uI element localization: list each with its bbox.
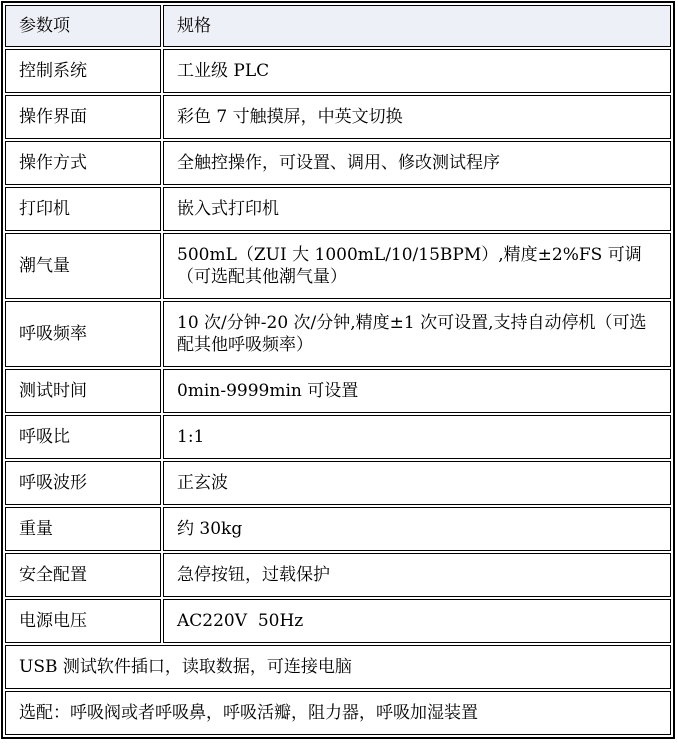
full-width-cell: 选配：呼吸阀或者呼吸鼻，呼吸活瓣，阻力器，呼吸加湿装置 — [5, 691, 671, 735]
param-cell: 潮气量 — [5, 233, 161, 299]
param-cell: 测试时间 — [5, 369, 161, 413]
full-width-cell: USB 测试软件插口，读取数据，可连接电脑 — [5, 645, 671, 689]
param-cell: 呼吸频率 — [5, 301, 161, 367]
full-width-row: USB 测试软件插口，读取数据，可连接电脑 — [5, 645, 671, 689]
spec-cell: 0min-9999min 可设置 — [163, 369, 671, 413]
spec-row: 控制系统工业级 PLC — [5, 49, 671, 93]
param-cell: 操作界面 — [5, 95, 161, 139]
spec-row: 呼吸比1:1 — [5, 415, 671, 459]
spec-cell: 急停按钮，过载保护 — [163, 553, 671, 597]
spec-row: 电源电压AC220V 50Hz — [5, 599, 671, 643]
param-cell: 电源电压 — [5, 599, 161, 643]
spec-row: 操作方式全触控操作，可设置、调用、修改测试程序 — [5, 141, 671, 185]
param-cell: 控制系统 — [5, 49, 161, 93]
spec-cell: 彩色 7 寸触摸屏，中英文切换 — [163, 95, 671, 139]
param-cell: 呼吸波形 — [5, 461, 161, 505]
header-row: 参数项 规格 — [5, 5, 671, 47]
spec-row: 操作界面彩色 7 寸触摸屏，中英文切换 — [5, 95, 671, 139]
spec-row: 安全配置急停按钮，过载保护 — [5, 553, 671, 597]
spec-cell: 约 30kg — [163, 507, 671, 551]
spec-cell: 10 次/分钟-20 次/分钟,精度±1 次可设置,支持自动停机（可选配其他呼吸… — [163, 301, 671, 367]
spec-cell: 正玄波 — [163, 461, 671, 505]
spec-cell: 全触控操作，可设置、调用、修改测试程序 — [163, 141, 671, 185]
param-cell: 安全配置 — [5, 553, 161, 597]
spec-row: 重量约 30kg — [5, 507, 671, 551]
spec-row: 呼吸频率10 次/分钟-20 次/分钟,精度±1 次可设置,支持自动停机（可选配… — [5, 301, 671, 367]
spec-cell: 1:1 — [163, 415, 671, 459]
spec-cell: 工业级 PLC — [163, 49, 671, 93]
param-cell: 操作方式 — [5, 141, 161, 185]
spec-table: 参数项 规格 控制系统工业级 PLC操作界面彩色 7 寸触摸屏，中英文切换操作方… — [1, 1, 675, 739]
spec-row: 测试时间0min-9999min 可设置 — [5, 369, 671, 413]
header-cell-spec: 规格 — [163, 5, 671, 47]
spec-row: 潮气量500mL（ZUI 大 1000mL/10/15BPM）,精度±2%FS … — [5, 233, 671, 299]
header-cell-param: 参数项 — [5, 5, 161, 47]
spec-row: 呼吸波形正玄波 — [5, 461, 671, 505]
spec-page: 参数项 规格 控制系统工业级 PLC操作界面彩色 7 寸触摸屏，中英文切换操作方… — [0, 0, 678, 755]
param-cell: 重量 — [5, 507, 161, 551]
spec-cell: 500mL（ZUI 大 1000mL/10/15BPM）,精度±2%FS 可调（… — [163, 233, 671, 299]
spec-row: 打印机嵌入式打印机 — [5, 187, 671, 231]
spec-cell: AC220V 50Hz — [163, 599, 671, 643]
spec-cell: 嵌入式打印机 — [163, 187, 671, 231]
param-cell: 呼吸比 — [5, 415, 161, 459]
full-width-row: 选配：呼吸阀或者呼吸鼻，呼吸活瓣，阻力器，呼吸加湿装置 — [5, 691, 671, 735]
param-cell: 打印机 — [5, 187, 161, 231]
